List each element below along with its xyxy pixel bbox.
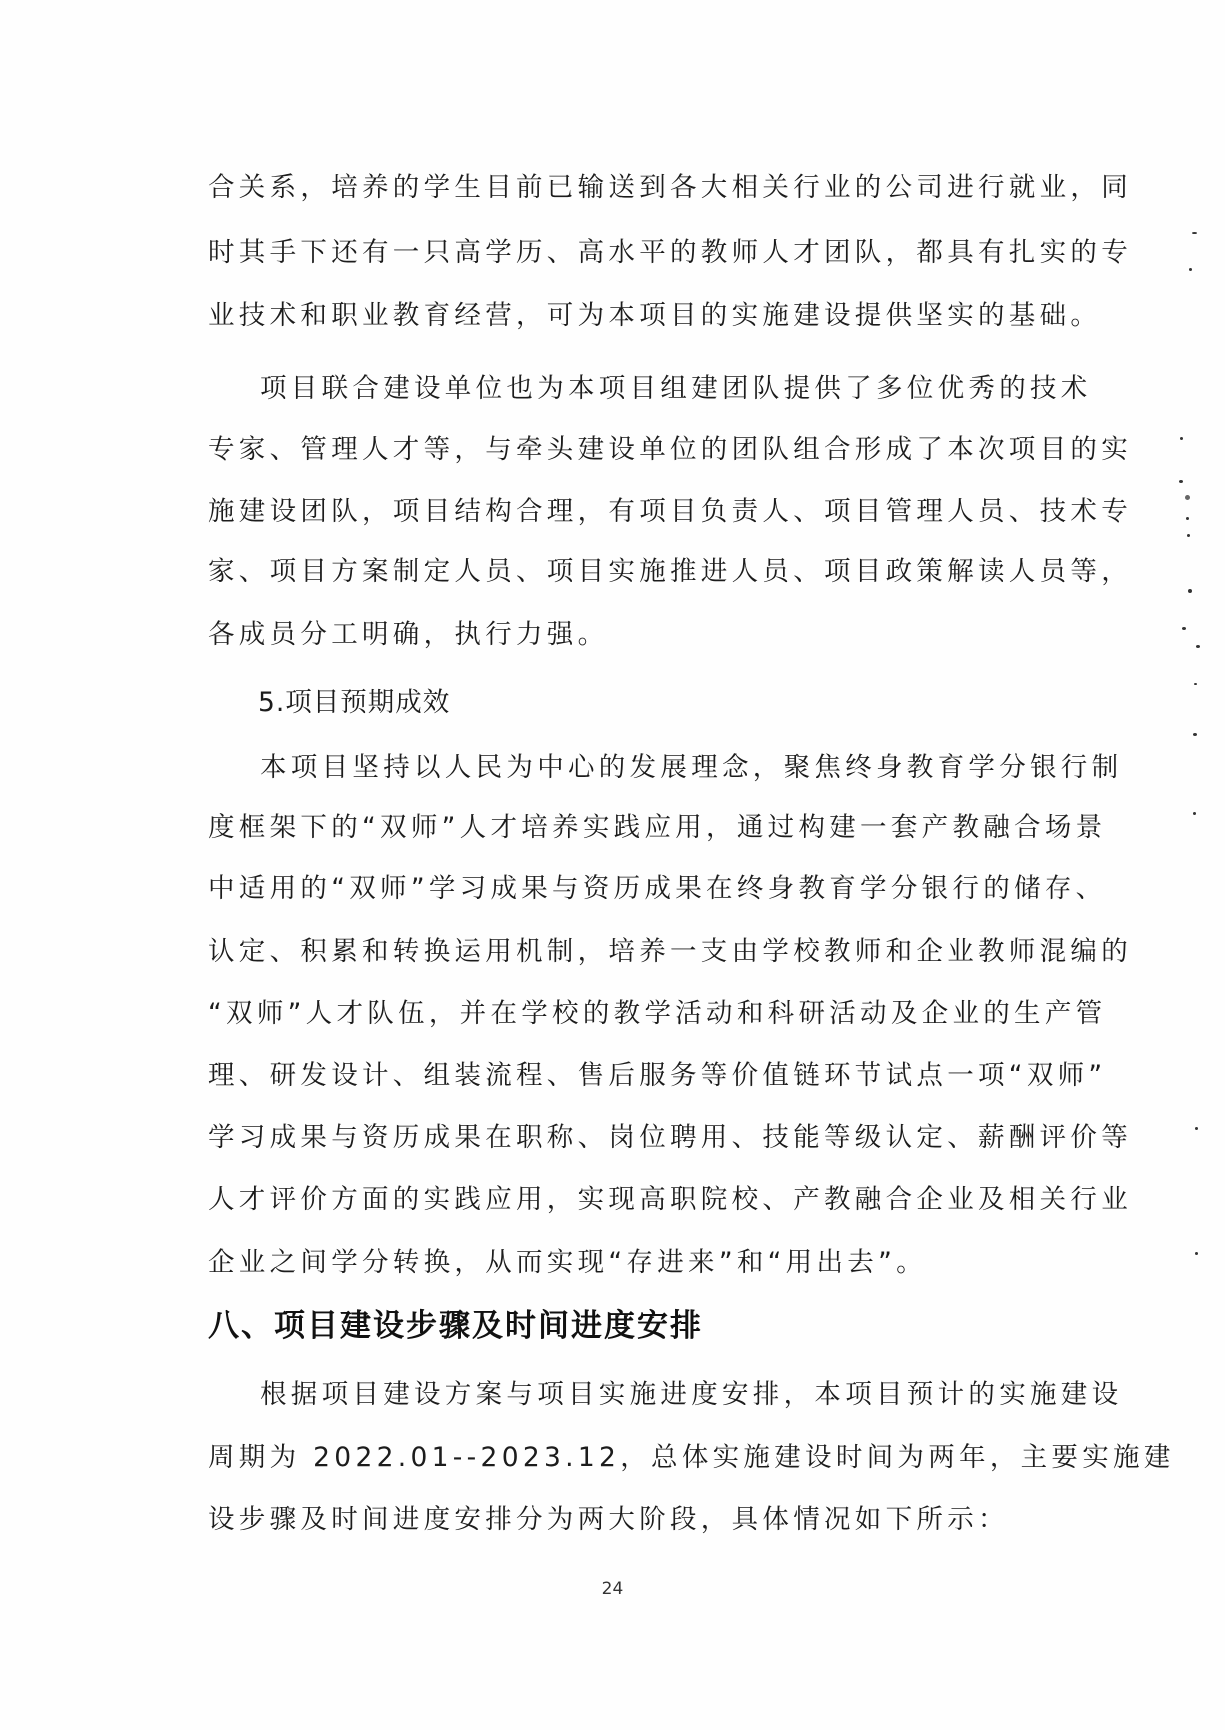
section-heading-schedule: 八、项目建设步骤及时间进度安排 xyxy=(208,1306,703,1346)
paragraph-3-line-7: 学习成果与资历成果在职称、岗位聘用、技能等级认定、薪酬评价等 xyxy=(208,1120,1038,1156)
paragraph-4-line-1: 根据项目建设方案与项目实施进度安排，本项目预计的实施建设 xyxy=(260,1377,1090,1413)
paragraph-2-line-3: 施建设团队，项目结构合理，有项目负责人、项目管理人员、技术专 xyxy=(208,494,1038,530)
scan-speck xyxy=(1195,1127,1198,1130)
page-number: 24 xyxy=(0,1579,1225,1599)
scan-speck xyxy=(1179,480,1183,483)
paragraph-1-line-2: 时其手下还有一只高学历、高水平的教师人才团队，都具有扎实的专 xyxy=(208,235,1038,271)
paragraph-1-line-3: 业技术和职业教育经营，可为本项目的实施建设提供坚实的基础。 xyxy=(208,298,1038,334)
paragraph-1-line-1: 合关系，培养的学生目前已输送到各大相关行业的公司进行就业，同 xyxy=(208,170,1038,206)
paragraph-3-line-4: 认定、积累和转换运用机制，培养一支由学校教师和企业教师混编的 xyxy=(208,934,1038,970)
paragraph-4-line-3: 设步骤及时间进度安排分为两大阶段，具体情况如下所示： xyxy=(208,1502,1038,1538)
paragraph-2-line-4: 家、项目方案制定人员、项目实施推进人员、项目政策解读人员等， xyxy=(208,554,1038,590)
scan-speck xyxy=(1194,683,1197,685)
document-page: 合关系，培养的学生目前已输送到各大相关行业的公司进行就业，同 时其手下还有一只高… xyxy=(0,0,1225,1730)
scan-speck xyxy=(1193,733,1197,736)
scan-speck xyxy=(1180,437,1183,440)
scan-speck xyxy=(1189,268,1192,271)
scan-speck xyxy=(1185,495,1190,500)
scan-speck xyxy=(1186,517,1189,520)
paragraph-3-line-3: 中适用的“双师”学习成果与资历成果在终身教育学分银行的储存、 xyxy=(208,871,1038,907)
paragraph-3-line-6: 理、研发设计、组装流程、售后服务等价值链环节试点一项“双师” xyxy=(208,1058,1038,1094)
scan-speck xyxy=(1192,232,1197,234)
scan-speck xyxy=(1188,589,1192,593)
paragraph-2-line-1: 项目联合建设单位也为本项目组建团队提供了多位优秀的技术 xyxy=(260,371,1090,407)
paragraph-3-line-1: 本项目坚持以人民为中心的发展理念，聚焦终身教育学分银行制 xyxy=(260,750,1090,786)
scan-speck xyxy=(1196,645,1200,648)
paragraph-3-line-2: 度框架下的“双师”人才培养实践应用，通过构建一套产教融合场景 xyxy=(208,810,1038,846)
paragraph-3-line-5: “双师”人才队伍，并在学校的教学活动和科研活动及企业的生产管 xyxy=(208,996,1038,1032)
scan-speck xyxy=(1195,1252,1198,1255)
scan-speck xyxy=(1182,627,1186,630)
paragraph-4-line-2: 周期为 2022.01--2023.12，总体实施建设时间为两年，主要实施建 xyxy=(208,1440,1038,1476)
scan-speck xyxy=(1193,812,1196,815)
paragraph-3-line-9: 企业之间学分转换，从而实现“存进来”和“用出去”。 xyxy=(208,1245,1038,1281)
paragraph-2-line-5: 各成员分工明确，执行力强。 xyxy=(208,617,1038,653)
paragraph-3-line-8: 人才评价方面的实践应用，实现高职院校、产教融合企业及相关行业 xyxy=(208,1182,1038,1218)
paragraph-2-line-2: 专家、管理人才等，与牵头建设单位的团队组合形成了本次项目的实 xyxy=(208,432,1038,468)
scan-speck xyxy=(1187,534,1190,537)
subheading-expected-results: 5.项目预期成效 xyxy=(258,685,450,721)
